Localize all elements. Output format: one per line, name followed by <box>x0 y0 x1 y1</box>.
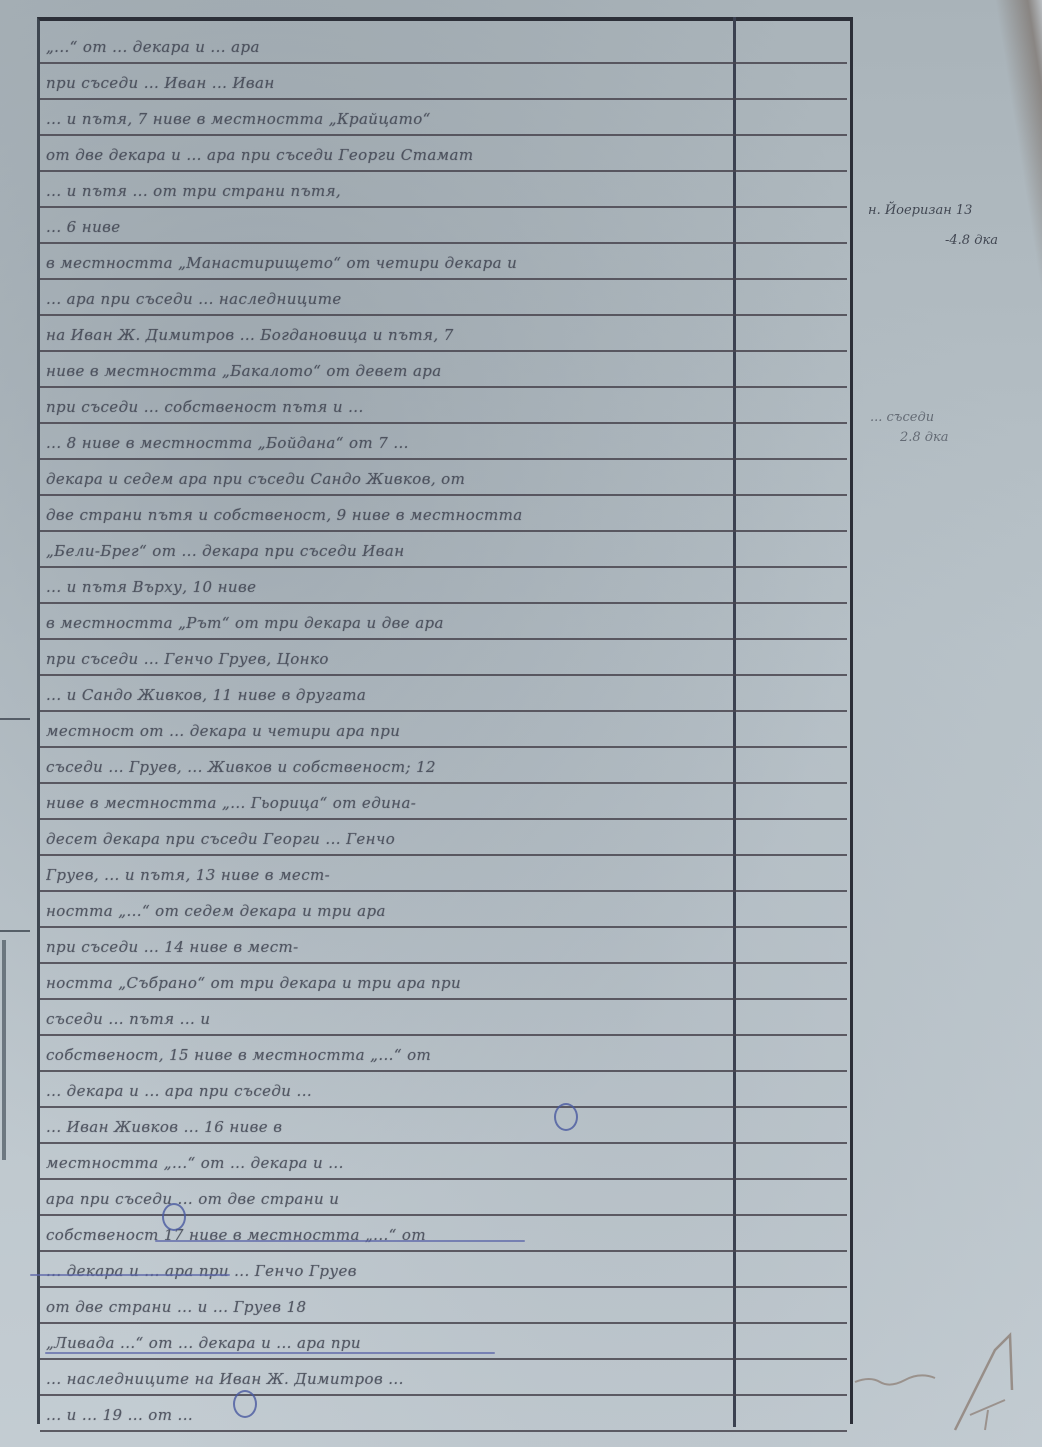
ledger-page: „...“ от ... декара и ... арапри съседи … <box>0 0 1042 1447</box>
page-crease-mark <box>0 930 30 932</box>
handwritten-line: при съседи ... собственост пътя и ... <box>46 398 730 426</box>
handwritten-line: ниве в местността „... Гьорица“ от едина… <box>46 794 730 822</box>
handwritten-line: съседи ... Груев, ... Живков и собствено… <box>46 758 730 786</box>
circled-number-mark <box>554 1103 578 1131</box>
handwritten-line: ара при съседи ... от две страни и <box>46 1190 730 1218</box>
handwritten-line: на Иван Ж. Димитров ... Богдановица и пъ… <box>46 326 730 354</box>
handwritten-line: ... и Сандо Живков, 11 ниве в другата <box>46 686 730 714</box>
margin-note: н. Йоеризан 13 <box>868 203 972 218</box>
margin-note: 2.8 дка <box>900 430 949 445</box>
handwritten-text-column: „...“ от ... декара и ... арапри съседи … <box>40 0 730 1447</box>
handwritten-line: десет декара при съседи Георги ... Генчо <box>46 830 730 858</box>
handwritten-line: ... и пътя, 7 ниве в местността „Крайцат… <box>46 110 730 138</box>
handwritten-line: ността „...“ от седем декара и три ара <box>46 902 730 930</box>
handwritten-line: две страни пътя и собственост, 9 ниве в … <box>46 506 730 534</box>
handwritten-line: ... и пътя ... от три страни пътя, <box>46 182 730 210</box>
handwritten-line: местност от ... декара и четири ара при <box>46 722 730 750</box>
handwritten-line: съседи ... пътя ... и <box>46 1010 730 1038</box>
handwritten-line: ... наследниците на Иван Ж. Димитров ... <box>46 1370 730 1398</box>
handwritten-line: ... 6 ниве <box>46 218 730 246</box>
margin-note: ... съседи <box>870 410 934 425</box>
handwritten-line: „Бели-Брег“ от ... декара при съседи Ива… <box>46 542 730 570</box>
handwritten-line: Груев, ... и пътя, 13 ниве в мест- <box>46 866 730 894</box>
handwritten-line: ... 8 ниве в местността „Бойдана“ от 7 .… <box>46 434 730 462</box>
handwritten-line: ... декара и ... ара при ... Генчо Груев <box>46 1262 730 1290</box>
handwritten-line: ... и пътя Върху, 10 ниве <box>46 578 730 606</box>
handwritten-line: местността „...“ от ... декара и ... <box>46 1154 730 1182</box>
handwritten-line: от две декара и ... ара при съседи Георг… <box>46 146 730 174</box>
page-edge-mark <box>2 940 6 1160</box>
bottom-margin-scribble <box>850 1370 950 1390</box>
handwritten-line: ... и ... 19 ... от ... <box>46 1406 730 1434</box>
margin-note: -4.8 дка <box>945 233 998 248</box>
handwritten-line: в местността „Рът“ от три декара и две а… <box>46 614 730 642</box>
circled-number-mark <box>162 1203 186 1231</box>
handwritten-line: при съседи ... Генчо Груев, Цонко <box>46 650 730 678</box>
handwritten-line: декара и седем ара при съседи Сандо Живк… <box>46 470 730 498</box>
handwritten-line: „...“ от ... декара и ... ара <box>46 38 730 66</box>
handwritten-line: ността „Събрано“ от три декара и три ара… <box>46 974 730 1002</box>
blue-pencil-underline <box>45 1352 495 1354</box>
handwritten-line: „Ливада ...“ от ... декара и ... ара при <box>46 1334 730 1362</box>
blue-pencil-underline <box>30 1274 230 1276</box>
handwritten-line: от две страни ... и ... Груев 18 <box>46 1298 730 1326</box>
blue-pencil-underline <box>155 1240 525 1242</box>
page-crease-mark <box>0 718 30 720</box>
circled-number-mark <box>233 1390 257 1418</box>
handwritten-line: ниве в местността „Бакалото“ от девет ар… <box>46 362 730 390</box>
signature-mark <box>950 1330 1030 1440</box>
handwritten-line: собственост, 15 ниве в местността „...“ … <box>46 1046 730 1074</box>
handwritten-line: ... декара и ... ара при съседи ... <box>46 1082 730 1110</box>
page-edge-shadow <box>992 0 1042 533</box>
handwritten-line: при съседи ... 14 ниве в мест- <box>46 938 730 966</box>
handwritten-line: при съседи ... Иван ... Иван <box>46 74 730 102</box>
handwritten-line: ... Иван Живков ... 16 ниве в <box>46 1118 730 1146</box>
handwritten-line: в местността „Манастирището“ от четири д… <box>46 254 730 282</box>
handwritten-line: ... ара при съседи ... наследниците <box>46 290 730 318</box>
